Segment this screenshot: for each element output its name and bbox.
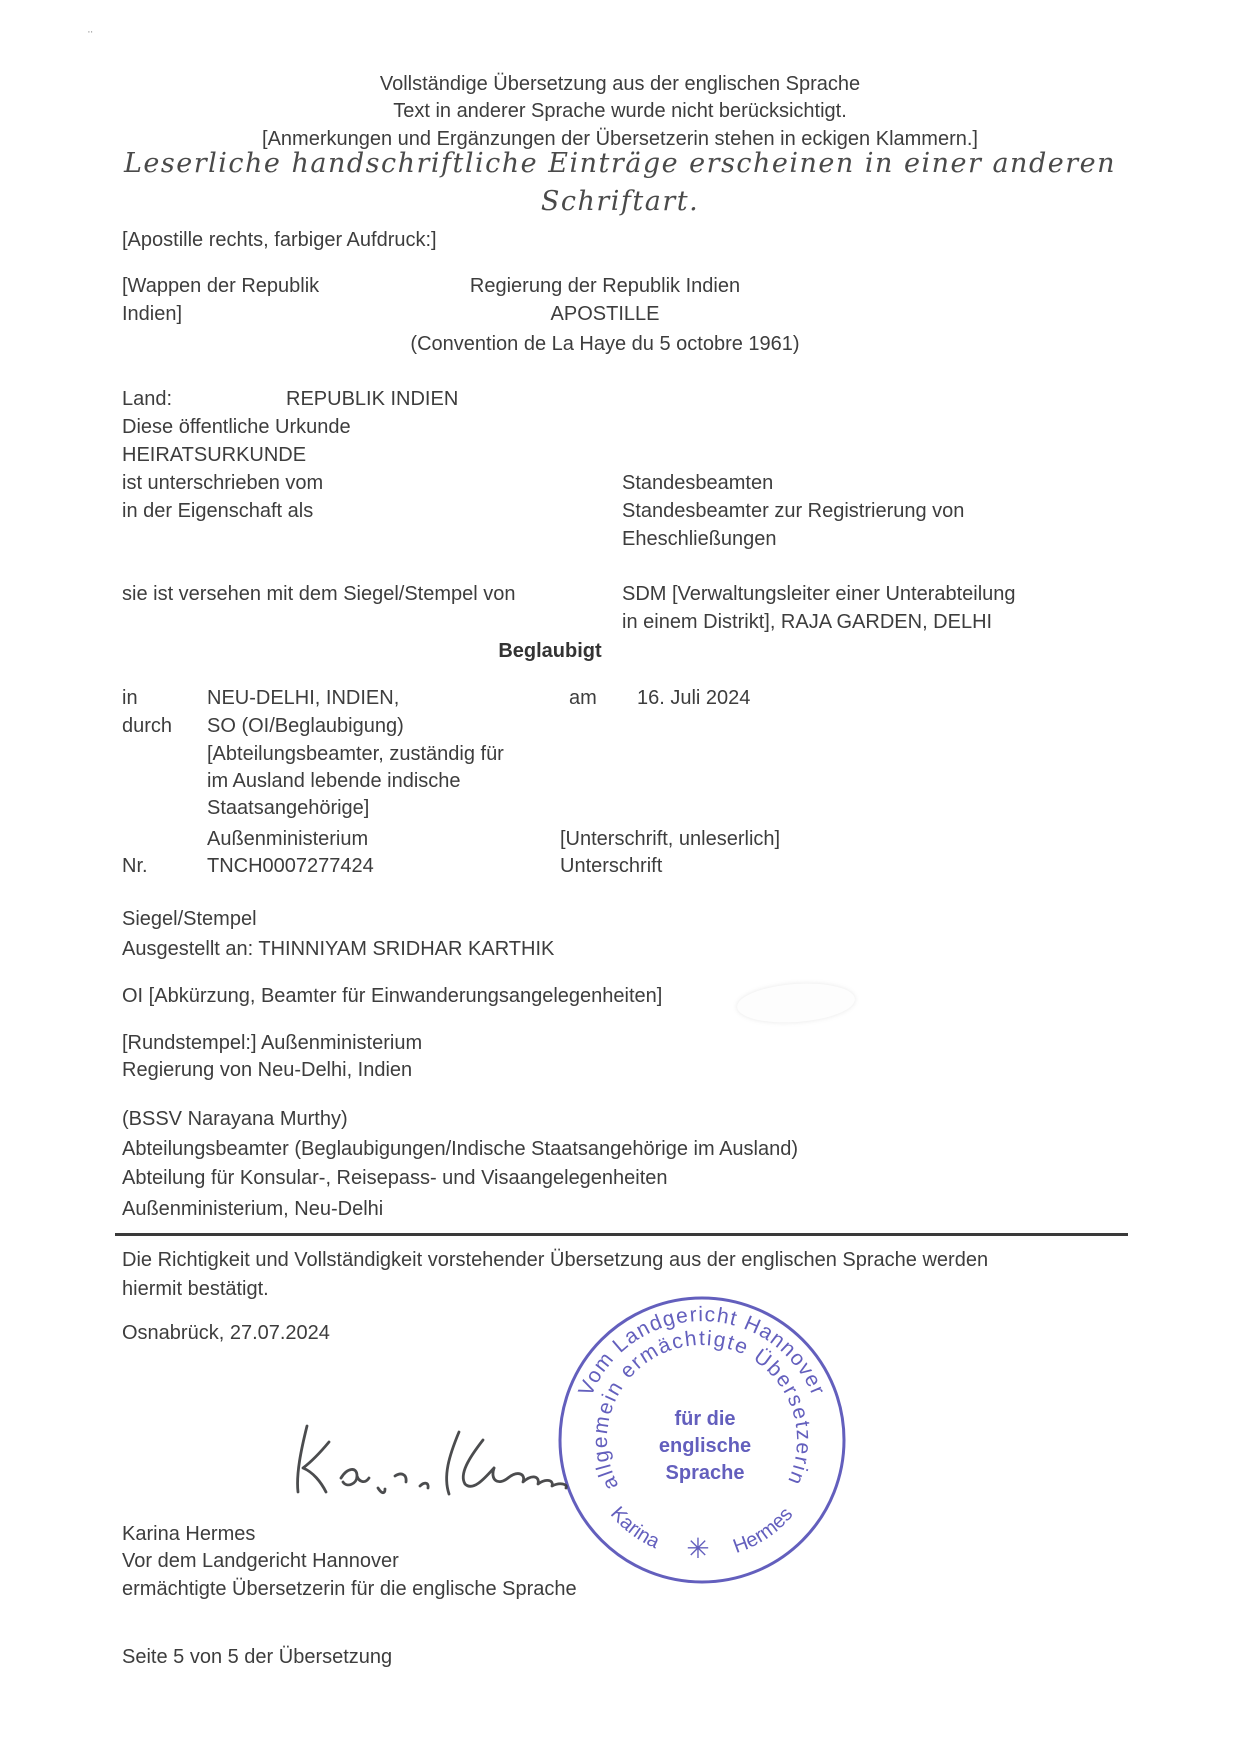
ministry-line: Außenministerium — [207, 826, 368, 853]
redaction-smudge — [736, 980, 856, 1026]
attestation-line-2: hiermit bestätigt. — [122, 1276, 269, 1303]
government-line: Regierung von Neu-Delhi, Indien — [122, 1057, 412, 1084]
department-line: Abteilung für Konsular-, Reisepass- und … — [122, 1165, 668, 1192]
translator-title-line-1: Vor dem Landgericht Hannover — [122, 1548, 399, 1575]
header-line-1: Vollständige Übersetzung aus der englisc… — [0, 71, 1240, 98]
officer-title-line: Abteilungsbeamter (Beglaubigungen/Indisc… — [122, 1136, 798, 1163]
on-label: am — [569, 685, 597, 712]
stamp-center-line-1: für die — [674, 1408, 735, 1430]
seal-value-line-2: in einem Distrikt], RAJA GARDEN, DELHI — [622, 609, 992, 636]
officer-name-line: (BSSV Narayana Murthy) — [122, 1106, 348, 1133]
by-label: durch — [122, 713, 172, 740]
handwritten-note-line-2: Schriftart. — [0, 188, 1240, 215]
handwritten-signature — [283, 1412, 583, 1512]
signature-stroke — [341, 1469, 406, 1492]
stamp-bottom-right-text: Hermes — [730, 1503, 797, 1558]
seal-value-line-1: SDM [Verwaltungsleiter einer Unterabteil… — [622, 581, 1016, 608]
translator-round-stamp: Vom Landgericht Hannover allgemein ermäc… — [552, 1290, 852, 1590]
scan-artifact-mark: ¨ — [88, 28, 95, 44]
issued-to-line: Ausgestellt an: THINNIYAM SRIDHAR KARTHI… — [122, 936, 554, 963]
svg-text:Hermes: Hermes — [730, 1503, 797, 1558]
in-value: NEU-DELHI, INDIEN, — [207, 685, 399, 712]
translator-title-line-2: ermächtigte Übersetzerin für die englisc… — [122, 1576, 577, 1603]
oi-note-line: OI [Abkürzung, Beamter für Einwanderungs… — [122, 983, 662, 1010]
by-note-line-3: Staatsangehörige] — [207, 795, 369, 822]
signed-by-value: Standesbeamten — [622, 470, 773, 497]
capacity-value-line-2: Eheschließungen — [622, 526, 777, 553]
ministry-city-line: Außenministerium, Neu-Delhi — [122, 1196, 383, 1223]
asterisk-icon: ✳ — [686, 1532, 709, 1565]
by-value: SO (OI/Beglaubigung) — [207, 713, 404, 740]
handwritten-note-line-1: Leserliche handschriftliche Einträge ers… — [0, 150, 1240, 177]
by-note-line-1: [Abteilungsbeamter, zuständig für — [207, 741, 504, 768]
seal-label: sie ist versehen mit dem Siegel/Stempel … — [122, 581, 516, 608]
signature-stroke — [298, 1426, 307, 1492]
coat-of-arms-note-line-1: [Wappen der Republik — [122, 273, 319, 300]
number-value: TNCH0007277424 — [207, 853, 374, 880]
signature-note: [Unterschrift, unleserlich] — [560, 826, 780, 853]
certified-heading: Beglaubigt — [420, 638, 680, 665]
country-label: Land: — [122, 386, 172, 413]
signature-stroke — [447, 1432, 459, 1494]
capacity-label: in der Eigenschaft als — [122, 498, 313, 525]
round-stamp-note: [Rundstempel:] Außenministerium — [122, 1030, 422, 1057]
deed-line-2: HEIRATSURKUNDE — [122, 442, 306, 469]
capacity-value-line-1: Standesbeamter zur Registrierung von — [622, 498, 964, 525]
place-date-line: Osnabrück, 27.07.2024 — [122, 1320, 330, 1347]
header-line-2: Text in anderer Sprache wurde nicht berü… — [0, 98, 1240, 125]
page-footer: Seite 5 von 5 der Übersetzung — [122, 1644, 392, 1671]
deed-line-1: Diese öffentliche Urkunde — [122, 414, 351, 441]
stamp-center-line-2: englische — [659, 1435, 751, 1457]
in-label: in — [122, 685, 138, 712]
convention-line: (Convention de La Haye du 5 octobre 1961… — [305, 331, 905, 358]
attestation-line-1: Die Richtigkeit und Vollständigkeit vors… — [122, 1247, 988, 1274]
signature-stroke — [303, 1442, 329, 1492]
government-title: Regierung der Republik Indien — [305, 273, 905, 300]
signature-label: Unterschrift — [560, 853, 662, 880]
number-label: Nr. — [122, 853, 148, 880]
signature-stroke — [493, 1468, 566, 1488]
signature-stroke — [420, 1483, 428, 1488]
coat-of-arms-note-line-2: Indien] — [122, 301, 182, 328]
apostille-print-note: [Apostille rechts, farbiger Aufdruck:] — [122, 227, 437, 254]
horizontal-divider — [115, 1233, 1128, 1236]
seal-stamp-label: Siegel/Stempel — [122, 906, 257, 933]
svg-text:Karina: Karina — [606, 1503, 664, 1554]
stamp-bottom-left-text: Karina — [606, 1503, 664, 1554]
signature-stroke — [463, 1440, 494, 1486]
country-value: REPUBLIK INDIEN — [286, 386, 458, 413]
stamp-center-line-3: Sprache — [666, 1462, 745, 1484]
signed-by-label: ist unterschrieben vom — [122, 470, 323, 497]
on-value: 16. Juli 2024 — [637, 685, 750, 712]
by-note-line-2: im Ausland lebende indische — [207, 768, 461, 795]
apostille-title: APOSTILLE — [305, 301, 905, 328]
translator-name: Karina Hermes — [122, 1521, 255, 1548]
translated-document-page: ¨ Vollständige Übersetzung aus der engli… — [0, 0, 1240, 1754]
